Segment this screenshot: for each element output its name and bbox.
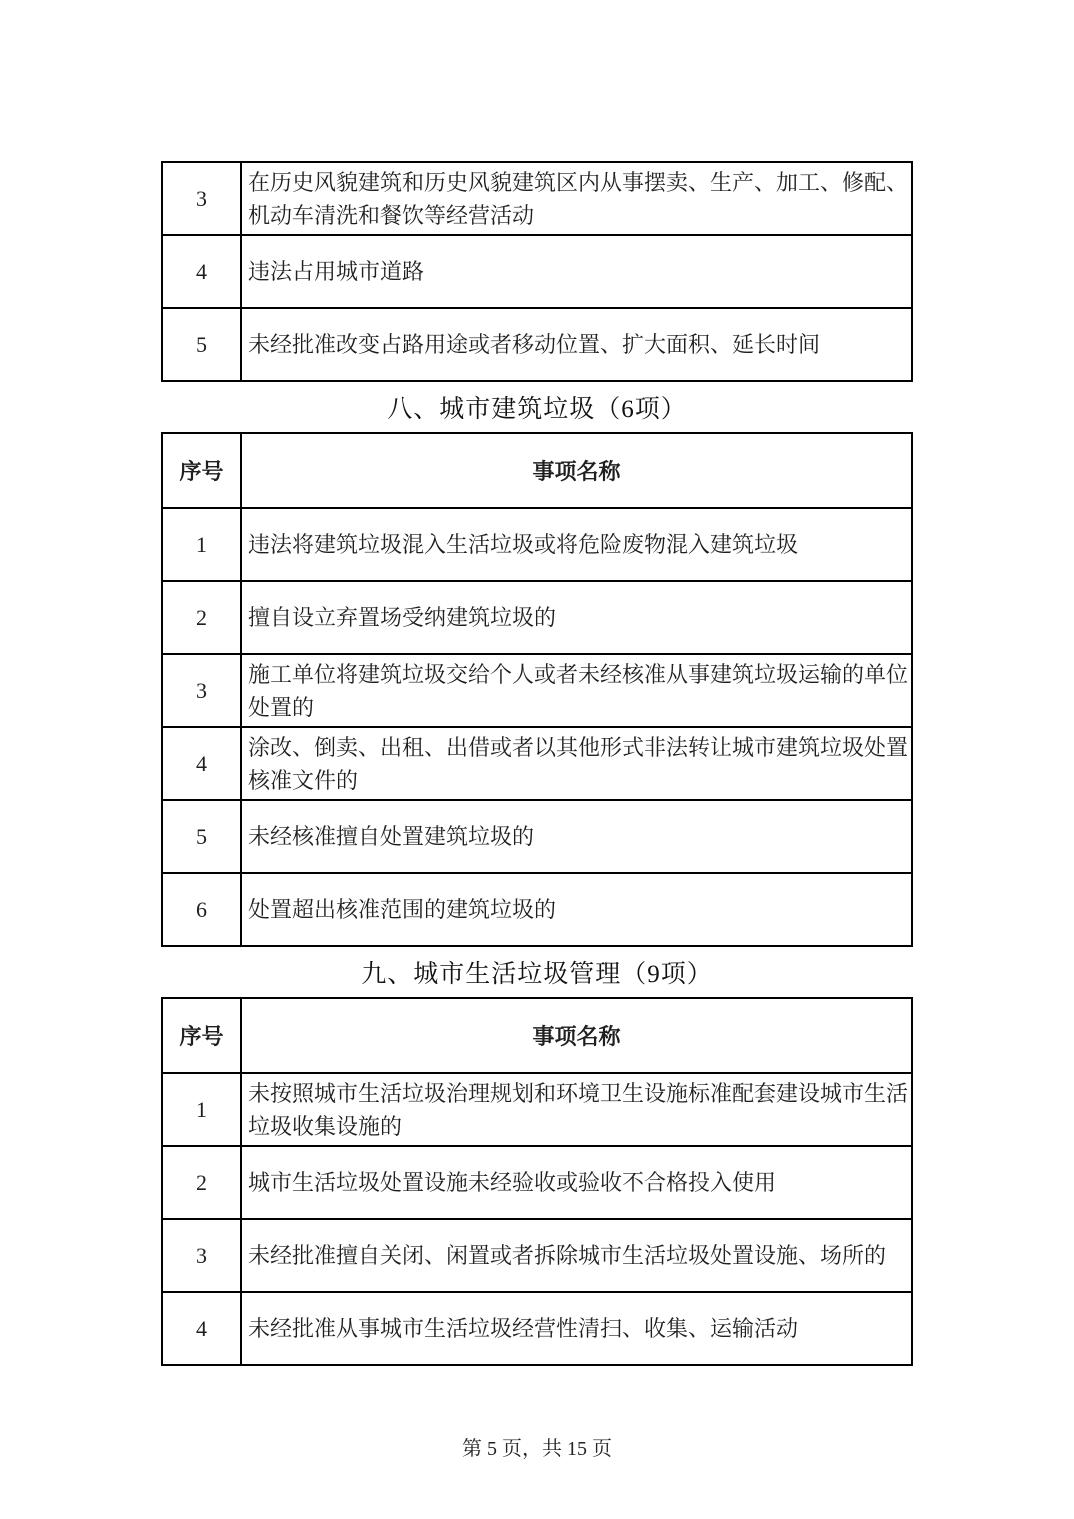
table-header-row: 序号 事项名称 (162, 433, 912, 508)
row-number-cell: 6 (162, 873, 241, 946)
item-name-cell: 涂改、倒卖、出租、出借或者以其他形式非法转让城市建筑垃圾处置核准文件的 (241, 727, 912, 800)
column-header-no: 序号 (162, 433, 241, 508)
table-row: 5 未经核准擅自处置建筑垃圾的 (162, 800, 912, 873)
column-header-no: 序号 (162, 998, 241, 1073)
item-name-cell: 擅自设立弃置场受纳建筑垃圾的 (241, 581, 912, 654)
section8-table: 序号 事项名称 1 违法将建筑垃圾混入生活垃圾或将危险废物混入建筑垃圾 2 擅自… (161, 432, 913, 947)
table-row: 4 违法占用城市道路 (162, 235, 912, 308)
table-row: 1 违法将建筑垃圾混入生活垃圾或将危险废物混入建筑垃圾 (162, 508, 912, 581)
row-number-cell: 2 (162, 1146, 241, 1219)
table-row: 3 未经批准擅自关闭、闲置或者拆除城市生活垃圾处置设施、场所的 (162, 1219, 912, 1292)
row-number-cell: 1 (162, 508, 241, 581)
table-row: 2 擅自设立弃置场受纳建筑垃圾的 (162, 581, 912, 654)
document-page: 3 在历史风貌建筑和历史风貌建筑区内从事摆卖、生产、加工、修配、机动车清洗和餐饮… (0, 0, 1074, 1519)
item-name-cell: 在历史风貌建筑和历史风貌建筑区内从事摆卖、生产、加工、修配、机动车清洗和餐饮等经… (241, 162, 912, 235)
continuation-table: 3 在历史风貌建筑和历史风貌建筑区内从事摆卖、生产、加工、修配、机动车清洗和餐饮… (161, 161, 913, 382)
page-number-footer: 第 5 页，共 15 页 (161, 1432, 913, 1461)
row-number-cell: 2 (162, 581, 241, 654)
table-row: 3 在历史风貌建筑和历史风貌建筑区内从事摆卖、生产、加工、修配、机动车清洗和餐饮… (162, 162, 912, 235)
item-name-cell: 未经核准擅自处置建筑垃圾的 (241, 800, 912, 873)
row-number-cell: 3 (162, 1219, 241, 1292)
item-name-cell: 施工单位将建筑垃圾交给个人或者未经核准从事建筑垃圾运输的单位处置的 (241, 654, 912, 727)
section9-table: 序号 事项名称 1 未按照城市生活垃圾治理规划和环境卫生设施标准配套建设城市生活… (161, 997, 913, 1366)
row-number-cell: 3 (162, 162, 241, 235)
page-content: 3 在历史风貌建筑和历史风貌建筑区内从事摆卖、生产、加工、修配、机动车清洗和餐饮… (161, 161, 913, 1461)
column-header-name: 事项名称 (241, 433, 912, 508)
table-row: 2 城市生活垃圾处置设施未经验收或验收不合格投入使用 (162, 1146, 912, 1219)
item-name-cell: 违法占用城市道路 (241, 235, 912, 308)
row-number-cell: 4 (162, 235, 241, 308)
row-number-cell: 1 (162, 1073, 241, 1146)
item-name-cell: 未经批准改变占路用途或者移动位置、扩大面积、延长时间 (241, 308, 912, 381)
table-row: 1 未按照城市生活垃圾治理规划和环境卫生设施标准配套建设城市生活垃圾收集设施的 (162, 1073, 912, 1146)
table-row: 6 处置超出核准范围的建筑垃圾的 (162, 873, 912, 946)
item-name-cell: 处置超出核准范围的建筑垃圾的 (241, 873, 912, 946)
table-row: 4 涂改、倒卖、出租、出借或者以其他形式非法转让城市建筑垃圾处置核准文件的 (162, 727, 912, 800)
column-header-name: 事项名称 (241, 998, 912, 1073)
table-row: 4 未经批准从事城市生活垃圾经营性清扫、收集、运输活动 (162, 1292, 912, 1365)
section-title-8: 八、城市建筑垃圾（6项） (161, 382, 913, 432)
item-name-cell: 未按照城市生活垃圾治理规划和环境卫生设施标准配套建设城市生活垃圾收集设施的 (241, 1073, 912, 1146)
item-name-cell: 未经批准擅自关闭、闲置或者拆除城市生活垃圾处置设施、场所的 (241, 1219, 912, 1292)
item-name-cell: 城市生活垃圾处置设施未经验收或验收不合格投入使用 (241, 1146, 912, 1219)
row-number-cell: 5 (162, 308, 241, 381)
table-row: 3 施工单位将建筑垃圾交给个人或者未经核准从事建筑垃圾运输的单位处置的 (162, 654, 912, 727)
section-title-9: 九、城市生活垃圾管理（9项） (161, 947, 913, 997)
row-number-cell: 3 (162, 654, 241, 727)
row-number-cell: 4 (162, 727, 241, 800)
row-number-cell: 5 (162, 800, 241, 873)
item-name-cell: 未经批准从事城市生活垃圾经营性清扫、收集、运输活动 (241, 1292, 912, 1365)
table-header-row: 序号 事项名称 (162, 998, 912, 1073)
item-name-cell: 违法将建筑垃圾混入生活垃圾或将危险废物混入建筑垃圾 (241, 508, 912, 581)
table-row: 5 未经批准改变占路用途或者移动位置、扩大面积、延长时间 (162, 308, 912, 381)
row-number-cell: 4 (162, 1292, 241, 1365)
